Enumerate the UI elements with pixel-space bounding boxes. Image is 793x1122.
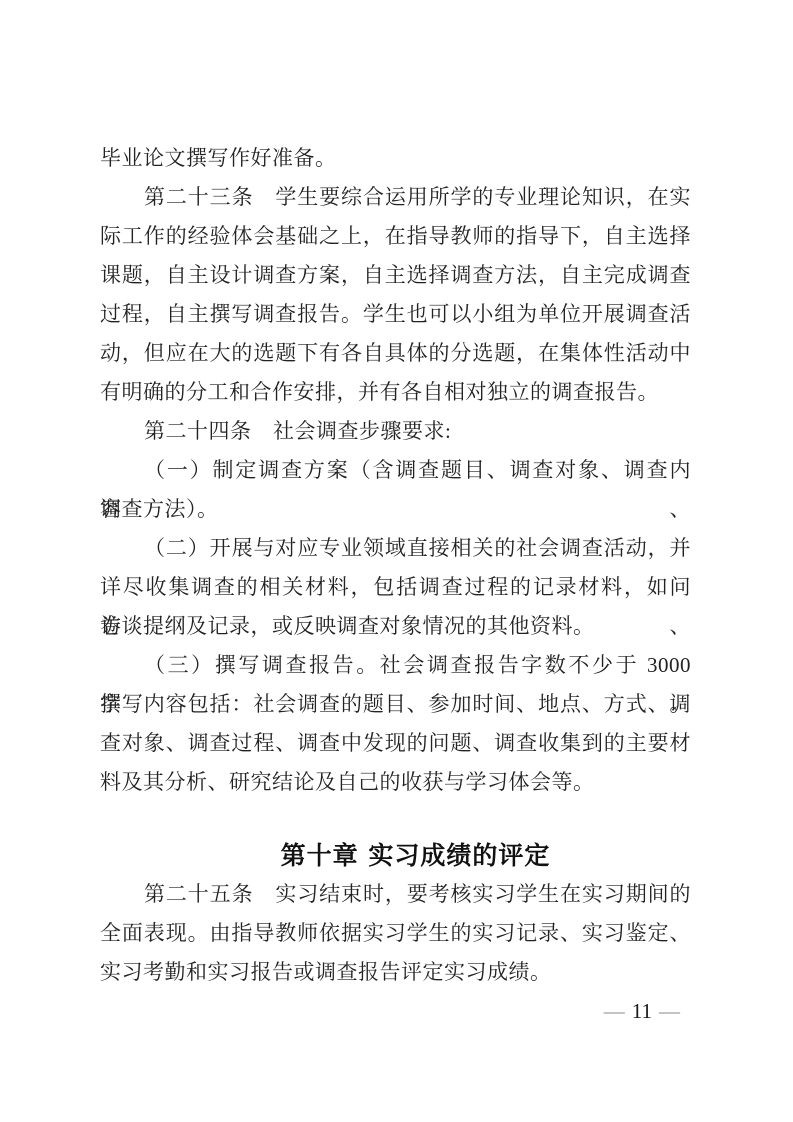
text-line: 全面表现。由指导教师依据实习学生的实习记录、实习鉴定、 [100,914,691,953]
text-line: 查对象、调查过程、调查中发现的问题、调查收集到的主要材 [100,724,691,763]
text-line: 撰写内容包括：社会调查的题目、参加时间、地点、方式、调 [100,685,691,724]
document-body: 毕业论文撰写作好准备。 第二十三条 学生要综合运用所学的专业理论知识，在实 际工… [0,0,793,1031]
text-line: 过程，自主撰写调查报告。学生也可以小组为单位开展调查活 [100,295,691,334]
text-line: 详尽收集调查的相关材料，包括调查过程的记录材料，如问卷、 [100,568,691,607]
text-line: 毕业论文撰写作好准备。 [100,139,691,178]
page-number-value: 11 [632,999,652,1023]
text-line: 有明确的分工和合作安排，并有各自相对独立的调查报告。 [100,373,691,412]
text-line: 实习考勤和实习报告或调查报告评定实习成绩。 [100,953,691,992]
page-number-dash-left: — [604,999,625,1023]
text-line: 际工作的经验体会基础之上，在指导教师的指导下，自主选择 [100,217,691,256]
text-line: 料及其分析、研究结论及自己的收获与学习体会等。 [100,763,691,802]
text-line: 第二十三条 学生要综合运用所学的专业理论知识，在实 [100,178,691,217]
text-line: 第二十五条 实习结束时，要考核实习学生在实习期间的 [100,875,691,914]
chapter-heading: 第十章 实习成绩的评定 [100,836,691,875]
text-line: （二）开展与对应专业领域直接相关的社会调查活动，并 [100,529,691,568]
text-line: 第二十四条 社会调查步骤要求: [100,412,691,451]
text-line: （三）撰写调查报告。社会调查报告字数不少于 3000 字。 [100,646,691,685]
text-line: 动，但应在大的选题下有各自具体的分选题，在集体性活动中 [100,334,691,373]
page-number: —11— [100,992,691,1031]
document-page: 毕业论文撰写作好准备。 第二十三条 学生要综合运用所学的专业理论知识，在实 际工… [0,0,793,1122]
page-number-dash-right: — [659,999,680,1023]
text-line: 课题，自主设计调查方案，自主选择调查方法，自主完成调查 [100,256,691,295]
text-line: （一）制定调查方案（含调查题目、调查对象、调查内容、 [100,451,691,490]
